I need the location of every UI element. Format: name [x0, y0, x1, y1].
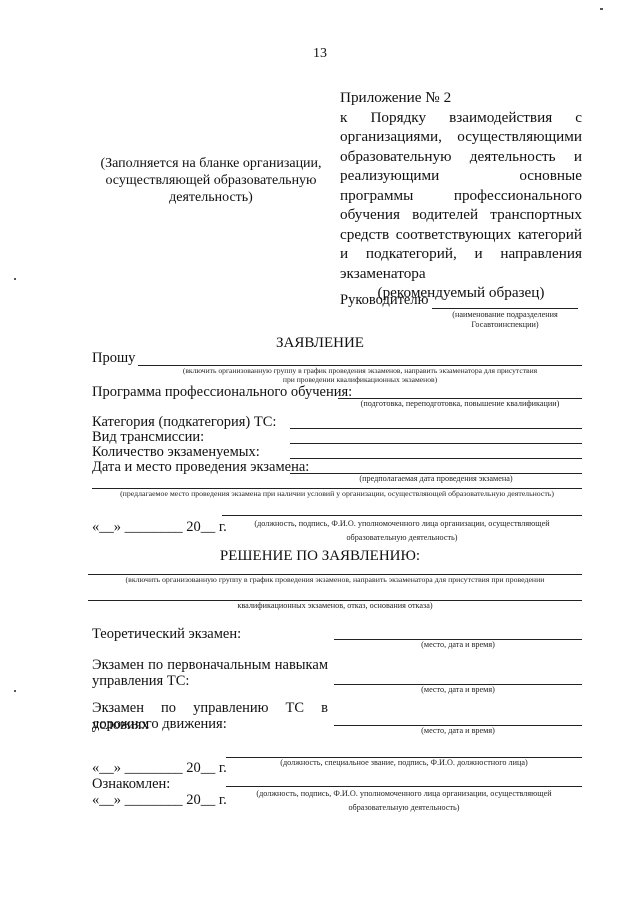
- caption-line: Госавтоинспекции): [432, 320, 578, 330]
- initial-skills-exam-caption: (место, дата и время): [334, 685, 582, 695]
- official-caption: (должность, специальное звание, подпись,…: [226, 758, 582, 768]
- appendix-line: экзаменатора: [340, 264, 582, 284]
- addressee-caption: (наименование подразделения Госавтоинспе…: [432, 310, 578, 330]
- fill-note-line: деятельность): [98, 189, 324, 206]
- addressee-label: Руководителю: [340, 292, 428, 309]
- decision-caption-1: (включить организованную группу в график…: [88, 575, 582, 585]
- caption-line: (должность, подпись, Ф.И.О. уполномоченн…: [226, 787, 582, 801]
- appendix-line: средств соответствующих категорий: [340, 225, 582, 245]
- request-caption: (включить организованную группу в график…: [138, 366, 582, 384]
- caption-line: (должность, подпись, Ф.И.О. уполномоченн…: [222, 517, 582, 531]
- appendix-line: реализующими основные: [340, 166, 582, 186]
- request-label: Прошу: [92, 350, 135, 367]
- appendix-line: программы профессионального: [340, 186, 582, 206]
- field-label-date-place: Дата и место проведения экзамена:: [92, 459, 309, 476]
- ack-caption: (должность, подпись, Ф.И.О. уполномоченн…: [226, 787, 582, 815]
- fill-note: (Заполняется на бланке организации, осущ…: [98, 155, 324, 206]
- decision-title: РЕШЕНИЕ ПО ЗАЯВЛЕНИЮ:: [0, 548, 640, 565]
- examinees-field[interactable]: [290, 458, 582, 459]
- decision-date-stamp[interactable]: «__» ________ 20__ г.: [92, 760, 227, 777]
- exam-label-initial-skills: Экзамен по первоначальным навыкам: [92, 657, 328, 674]
- scan-speck: [600, 8, 603, 10]
- category-field[interactable]: [290, 428, 582, 429]
- application-date-stamp[interactable]: «__» ________ 20__ г.: [92, 519, 227, 536]
- transmission-field[interactable]: [290, 443, 582, 444]
- exam-label-theory: Теоретический экзамен:: [92, 626, 241, 643]
- signature-caption: (должность, подпись, Ф.И.О. уполномоченн…: [222, 517, 582, 545]
- fill-note-line: осуществляющей образовательную: [98, 172, 324, 189]
- theory-exam-caption: (место, дата и время): [334, 640, 582, 650]
- caption-line: (наименование подразделения: [432, 310, 578, 320]
- addressee-field[interactable]: [432, 308, 578, 309]
- scan-speck: [14, 278, 16, 280]
- appendix-line: образовательную деятельность и: [340, 147, 582, 167]
- appendix-line: обучения водителей транспортных: [340, 205, 582, 225]
- program-label: Программа профессионального обучения:: [92, 384, 352, 401]
- ack-date-stamp[interactable]: «__» ________ 20__ г.: [92, 792, 227, 809]
- appendix-title: Приложение № 2: [340, 88, 582, 108]
- scan-speck: [14, 690, 16, 692]
- program-caption: (подготовка, переподготовка, повышение к…: [338, 399, 582, 409]
- decision-caption-2: квалификационных экзаменов, отказ, основ…: [88, 601, 582, 611]
- place-caption: (предлагаемое место проведения экзамена …: [92, 489, 582, 499]
- road-exam-caption: (место, дата и время): [334, 726, 582, 736]
- acknowledged-label: Ознакомлен:: [92, 776, 170, 793]
- caption-line: (включить организованную группу в график…: [138, 366, 582, 375]
- page-number: 13: [0, 46, 640, 62]
- appendix-line: и подкатегорий, и направления: [340, 244, 582, 264]
- caption-line: образовательную деятельность): [222, 531, 582, 545]
- applicant-signature-field[interactable]: [222, 515, 582, 516]
- exam-label-initial-skills-2: управления ТС:: [92, 673, 189, 690]
- fill-note-line: (Заполняется на бланке организации,: [98, 155, 324, 172]
- appendix-header: Приложение № 2 к Порядку взаимодействия …: [340, 88, 582, 303]
- exam-label-road-2: дорожного движения:: [92, 716, 227, 733]
- appendix-line: организациями, осуществляющими: [340, 127, 582, 147]
- caption-line: образовательную деятельность): [226, 801, 582, 815]
- date-caption: (предполагаемая дата проведения экзамена…: [290, 474, 582, 484]
- appendix-line: к Порядку взаимодействия с: [340, 108, 582, 128]
- caption-line: при проведении квалификационных экзамено…: [138, 375, 582, 384]
